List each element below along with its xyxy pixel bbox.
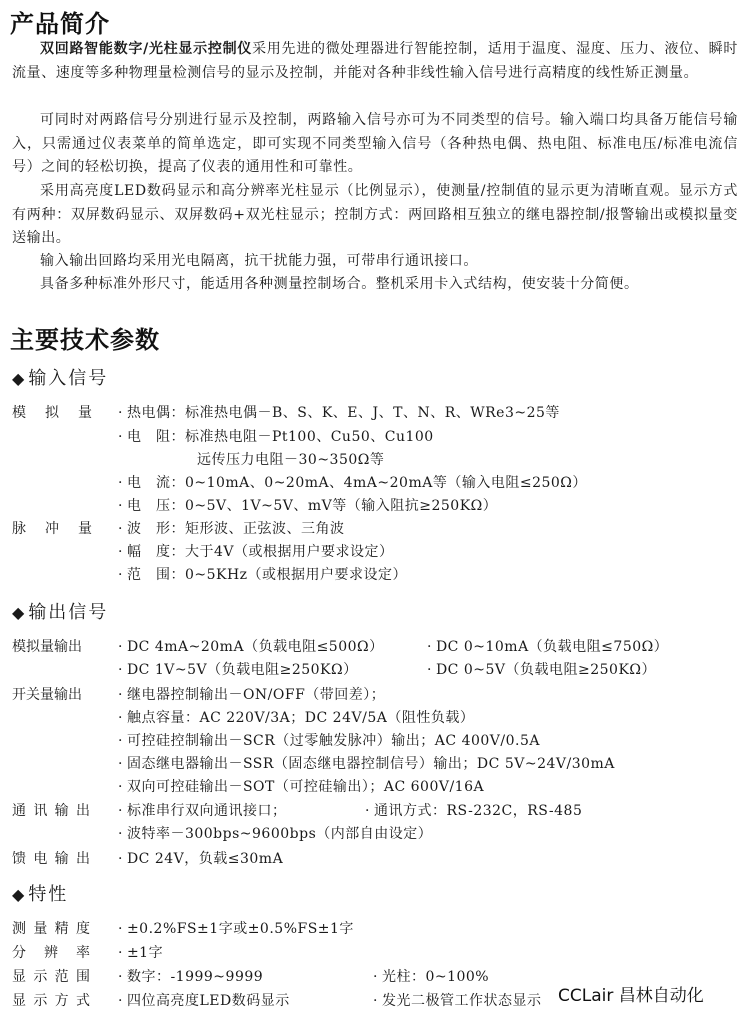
bullet-dot: ·: [118, 945, 123, 961]
product-name: 双回路智能数字/光柱显示控制仪: [40, 41, 252, 57]
spec-item-range: ·范 围：0~5KHz（或根据用户要求设定）: [118, 564, 407, 584]
spec-item-current: ·电 流：0~10mA、0~20mA、4mA~20mA等（输入电阻≤250Ω）: [118, 472, 587, 492]
bullet-dot: ·: [373, 993, 378, 1009]
label-char: 模: [12, 402, 26, 422]
label-char: 方: [55, 990, 69, 1010]
spec-text: 波特率－300bps~9600bps（内部自由设定）: [127, 826, 432, 842]
label-char: 量: [78, 402, 92, 422]
diamond-bullet-icon: ◆: [12, 369, 26, 388]
label-analog-output: 模拟量输出: [12, 636, 82, 656]
label-feed-output: 馈 电 输 出: [12, 848, 90, 868]
spec-item-analog-out-4: ·DC 0~5V（负载电阻≥250KΩ）: [427, 659, 656, 679]
bullet-dot: ·: [427, 639, 432, 655]
bullet-dot: ·: [118, 710, 123, 726]
spec-text: ±0.2%FS±1字或±0.5%FS±1字: [127, 921, 354, 937]
label-display-range: 显 示 范 围: [12, 966, 90, 986]
spec-text: 幅 度：大于4V（或根据用户要求设定）: [127, 544, 394, 560]
spec-item-waveform: ·波 形：矩形波、正弦波、三角波: [118, 518, 344, 538]
label-accuracy: 测 量 精 度: [12, 918, 90, 938]
intro-title: 产品简介: [10, 4, 110, 39]
label-char: 出: [76, 848, 90, 868]
spec-text: 双向可控硅输出－SOT（可控硅输出）；AC 600V/16A: [127, 779, 484, 795]
bullet-dot: ·: [365, 803, 370, 819]
spec-text: DC 1V~5V（负载电阻≥250KΩ）: [127, 662, 358, 678]
spec-text: 电 阻：标准热电阻－Pt100、Cu50、Cu100: [127, 429, 434, 445]
spec-item-digital-range: ·数字：-1999~9999: [118, 966, 263, 986]
spec-text: 波 形：矩形波、正弦波、三角波: [127, 521, 345, 537]
label-char: 度: [76, 918, 90, 938]
brand-watermark: CCLair 昌林自动化: [558, 981, 704, 1006]
bullet-dot: ·: [118, 921, 123, 937]
spec-item-status-led: ·发光二极管工作状态显示: [373, 990, 541, 1010]
spec-item-relay: ·继电器控制输出－ON/OFF（带回差）；: [118, 684, 385, 704]
intro-paragraph-1: 双回路智能数字/光柱显示控制仪采用先进的微处理器进行智能控制，适用于温度、湿度、…: [12, 38, 738, 85]
spec-item-comm-mode: ·通讯方式：RS-232C，RS-485: [365, 800, 582, 820]
spec-item-led-display: ·四位高亮度LED数码显示: [118, 990, 290, 1010]
label-char: 通: [12, 800, 26, 820]
label-char: 输: [55, 800, 69, 820]
section-output-signal: ◆输出信号: [12, 598, 108, 624]
spec-item-ssr: ·固态继电器输出－SSR（固态继电器控制信号）输出；DC 5V~24V/30mA: [118, 753, 615, 773]
label-char: 式: [76, 990, 90, 1010]
spec-text: 热电偶：标准热电偶－B、S、K、E、J、T、N、R、WRe3~25等: [127, 405, 560, 421]
spec-item-analog-out-2: ·DC 0~10mA（负载电阻≤750Ω）: [427, 636, 668, 656]
bullet-dot: ·: [373, 969, 378, 985]
spec-text: DC 0~5V（负载电阻≥250KΩ）: [436, 662, 656, 678]
label-char: 输: [55, 848, 69, 868]
spec-text: 通讯方式：RS-232C，RS-485: [374, 803, 582, 819]
intro-paragraph-5: 具备多种标准外形尺寸，能适用各种测量控制场合。整机采用卡入式结构，使安装十分简便…: [12, 273, 738, 297]
spec-text: 可控硅控制输出－SCR（过零触发脉冲）输出；AC 400V/0.5A: [127, 733, 540, 749]
label-comm-output: 通 讯 输 出: [12, 800, 90, 820]
section-features: ◆特性: [12, 880, 68, 906]
label-char: 馈: [12, 848, 26, 868]
spec-item-analog-out-1: ·DC 4mA~20mA（负载电阻≤500Ω）: [118, 636, 384, 656]
section-heading: 特性: [28, 884, 68, 905]
spec-item-resolution: ·±1字: [118, 942, 163, 962]
spec-text: 四位高亮度LED数码显示: [127, 993, 290, 1009]
label-char: 电: [33, 848, 47, 868]
bullet-dot: ·: [118, 687, 123, 703]
label-char: 围: [76, 966, 90, 986]
spec-item-feed: ·DC 24V，负载≤30mA: [118, 848, 283, 868]
label-char: 测: [12, 918, 26, 938]
label-switch-output: 开关量输出: [12, 684, 82, 704]
section-heading: 输入信号: [28, 368, 108, 389]
spec-text: 继电器控制输出－ON/OFF（带回差）；: [127, 687, 385, 703]
bullet-dot: ·: [427, 662, 432, 678]
spec-item-thermocouple: ·热电偶：标准热电偶－B、S、K、E、J、T、N、R、WRe3~25等: [118, 402, 560, 422]
label-char: 拟: [45, 402, 59, 422]
spec-item-accuracy: ·±0.2%FS±1字或±0.5%FS±1字: [118, 918, 354, 938]
bullet-dot: ·: [118, 429, 123, 445]
bullet-dot: ·: [118, 521, 123, 537]
bullet-dot: ·: [118, 779, 123, 795]
label-char: 出: [76, 800, 90, 820]
spec-text: 光柱：0~100%: [382, 969, 489, 985]
spec-text: DC 24V，负载≤30mA: [127, 851, 283, 867]
spec-text: DC 4mA~20mA（负载电阻≤500Ω）: [127, 639, 384, 655]
bullet-dot: ·: [118, 733, 123, 749]
spec-item-scr: ·可控硅控制输出－SCR（过零触发脉冲）输出；AC 400V/0.5A: [118, 730, 540, 750]
label-resolution: 分 辨 率: [12, 942, 90, 962]
spec-item-amplitude: ·幅 度：大于4V（或根据用户要求设定）: [118, 541, 393, 561]
section-input-signal: ◆输入信号: [12, 364, 108, 390]
bullet-dot: ·: [118, 993, 123, 1009]
bullet-dot: ·: [118, 498, 123, 514]
bullet-dot: ·: [118, 803, 123, 819]
spec-item-bar-range: ·光柱：0~100%: [373, 966, 489, 986]
bullet-dot: ·: [118, 756, 123, 772]
section-heading: 输出信号: [28, 602, 108, 623]
spec-text: 电 压：0~5V、1V~5V、mV等（输入阻抗≥250KΩ）: [127, 498, 497, 514]
label-char: 范: [55, 966, 69, 986]
spec-text: DC 0~10mA（负载电阻≤750Ω）: [436, 639, 668, 655]
spec-text: 固态继电器输出－SSR（固态继电器控制信号）输出；DC 5V~24V/30mA: [127, 756, 615, 772]
label-display-mode: 显 示 方 式: [12, 990, 90, 1010]
bullet-dot: ·: [118, 662, 123, 678]
label-char: 精: [55, 918, 69, 938]
label-char: 率: [76, 942, 90, 962]
bullet-dot: ·: [118, 405, 123, 421]
label-char: 冲: [45, 518, 59, 538]
label-char: 讯: [33, 800, 47, 820]
label-char: 脉: [12, 518, 26, 538]
spec-text: 数字：-1999~9999: [127, 969, 263, 985]
bullet-dot: ·: [118, 639, 123, 655]
spec-item-contact: ·触点容量：AC 220V/3A；DC 24V/5A（阻性负载）: [118, 707, 474, 727]
spec-item-remote-pressure: 远传压力电阻－30~350Ω等: [197, 449, 384, 469]
bullet-dot: ·: [118, 969, 123, 985]
spec-item-serial: ·标准串行双向通讯接口；: [118, 800, 286, 820]
bullet-dot: ·: [118, 567, 123, 583]
intro-paragraph-4: 输入输出回路均采用光电隔离，抗干扰能力强，可带串行通讯接口。: [12, 250, 738, 274]
spec-item-baud: ·波特率－300bps~9600bps（内部自由设定）: [118, 823, 432, 843]
spec-text: 电 流：0~10mA、0~20mA、4mA~20mA等（输入电阻≤250Ω）: [127, 475, 587, 491]
bullet-dot: ·: [118, 544, 123, 560]
spec-item-voltage: ·电 压：0~5V、1V~5V、mV等（输入阻抗≥250KΩ）: [118, 495, 497, 515]
spec-text: 触点容量：AC 220V/3A；DC 24V/5A（阻性负载）: [127, 710, 474, 726]
bullet-dot: ·: [118, 826, 123, 842]
label-analog-input: 模 拟 量: [12, 402, 92, 422]
spec-item-rtd: ·电 阻：标准热电阻－Pt100、Cu50、Cu100: [118, 426, 434, 446]
spec-text: 发光二极管工作状态显示: [382, 993, 542, 1009]
spec-text: 范 围：0~5KHz（或根据用户要求设定）: [127, 567, 407, 583]
intro-paragraph-3: 采用高亮度LED数码显示和高分辨率光柱显示（比例显示），使测量/控制值的显示更为…: [12, 180, 738, 251]
label-char: 辨: [44, 942, 58, 962]
label-char: 显: [12, 966, 26, 986]
label-char: 示: [33, 990, 47, 1010]
specs-title: 主要技术参数: [10, 320, 160, 355]
label-pulse-input: 脉 冲 量: [12, 518, 92, 538]
bullet-dot: ·: [118, 475, 123, 491]
spec-text: 标准串行双向通讯接口；: [127, 803, 287, 819]
diamond-bullet-icon: ◆: [12, 603, 26, 622]
spec-item-sot: ·双向可控硅输出－SOT（可控硅输出）；AC 600V/16A: [118, 776, 484, 796]
label-char: 分: [12, 942, 26, 962]
label-char: 显: [12, 990, 26, 1010]
bullet-dot: ·: [118, 851, 123, 867]
intro-paragraph-2: 可同时对两路信号分别进行显示及控制，两路输入信号亦可为不同类型的信号。输入端口均…: [12, 109, 738, 180]
label-char: 量: [78, 518, 92, 538]
label-char: 示: [33, 966, 47, 986]
label-char: 量: [33, 918, 47, 938]
diamond-bullet-icon: ◆: [12, 885, 26, 904]
spec-text: ±1字: [127, 945, 163, 961]
spec-item-analog-out-3: ·DC 1V~5V（负载电阻≥250KΩ）: [118, 659, 358, 679]
